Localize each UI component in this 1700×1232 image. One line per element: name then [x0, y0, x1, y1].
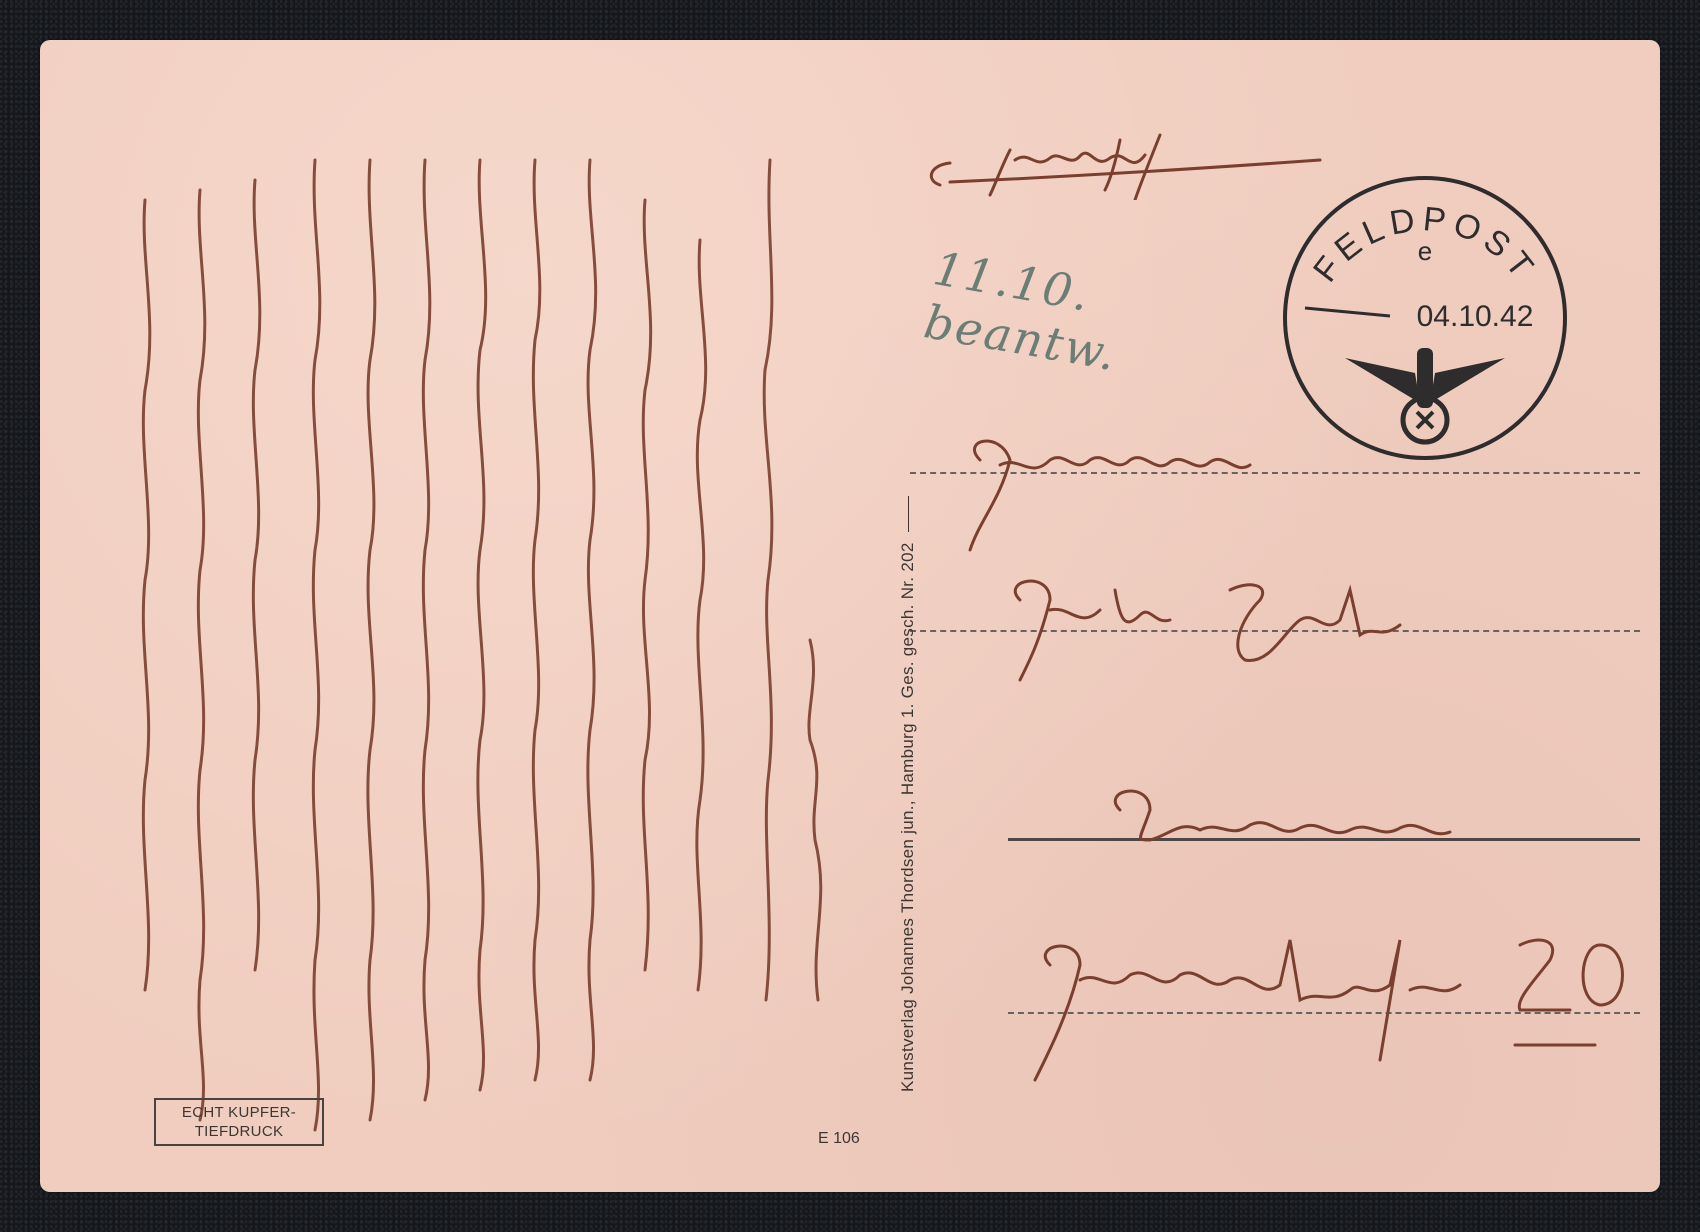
- postcard: 11.10. beantw. FELDPOST e 04.10.42: [40, 40, 1660, 1192]
- publisher-imprint-text: Kunstverlag Johannes Thordsen jun., Hamb…: [898, 542, 917, 1092]
- imprint-divider: [908, 496, 909, 532]
- publisher-imprint: Kunstverlag Johannes Thordsen jun., Hamb…: [898, 496, 918, 1092]
- address-handwriting: [940, 420, 1660, 1140]
- series-number: E 106: [818, 1130, 860, 1148]
- svg-text:e: e: [1418, 236, 1432, 266]
- svg-text:04.10.42: 04.10.42: [1417, 300, 1534, 333]
- reply-date-annotation: 11.10. beantw.: [913, 241, 1254, 444]
- print-label-line-1: ECHT KUPFER-: [156, 1103, 322, 1122]
- print-label-line-2: TIEFDRUCK: [156, 1122, 322, 1141]
- print-process-label: ECHT KUPFER- TIEFDRUCK: [154, 1098, 324, 1146]
